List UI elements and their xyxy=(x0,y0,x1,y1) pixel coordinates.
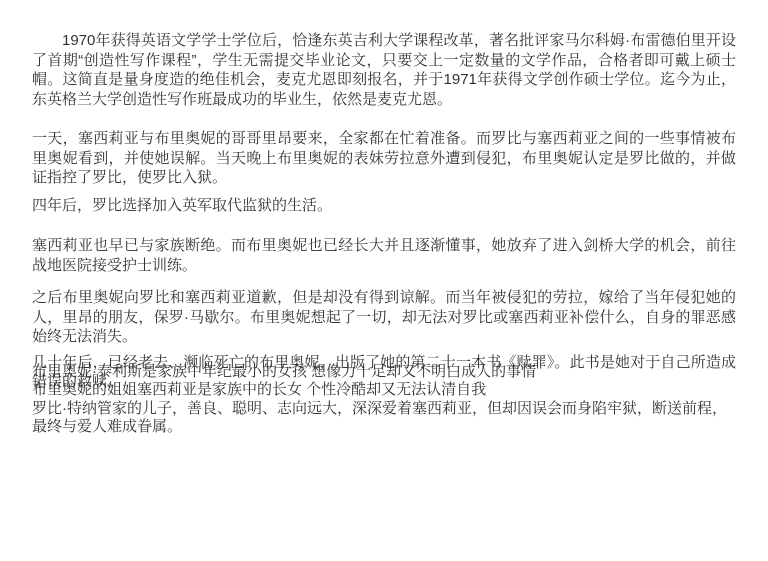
paragraph-plot-incident: 一天，塞西莉亚与布里奥妮的哥哥里昂要来，全家都在忙着准备。而罗比与塞西莉亚之间的… xyxy=(32,129,736,188)
paragraph-plot-cecilia-briony: 塞西莉亚也早已与家族断绝。而布里奥妮也已经长大并且逐渐懂事，她放弃了进入剑桥大学… xyxy=(32,236,736,275)
page-background: 1970年获得英语文学学士学位后，恰逢东英吉利大学课程改革，著名批评家马尔科姆·… xyxy=(0,0,768,561)
paragraph-author-bio: 1970年获得英语文学学士学位后，恰逢东英吉利大学课程改革，著名批评家马尔科姆·… xyxy=(32,31,736,109)
character-note-cecilia: 布里奥妮的姐姐塞西莉亚是家族中的长女 个性冷酷却又无法认清自我 xyxy=(32,381,736,399)
paragraph-plot-four-years-later: 四年后，罗比选择加入英军取代监狱的生活。 xyxy=(32,196,736,216)
paragraph-plot-apology: 之后布里奥妮向罗比和塞西莉亚道歉，但是却没有得到谅解。而当年被侵犯的劳拉，嫁给了… xyxy=(32,288,736,347)
character-note-robbie: 罗比·特纳管家的儿子，善良、聪明、志向远大，深深爱着塞西莉亚，但却因误会而身陷牢… xyxy=(32,400,736,437)
article-body: 1970年获得英语文学学士学位后，恰逢东英吉利大学课程改革，著名批评家马尔科姆·… xyxy=(32,31,736,392)
character-notes-overlay: 布里奥妮·泰利斯是家族中年纪最小的女孩 想像力十足却又不明白成人的事情 布里奥妮… xyxy=(32,363,736,436)
character-note-briony: 布里奥妮·泰利斯是家族中年纪最小的女孩 想像力十足却又不明白成人的事情 xyxy=(32,363,736,381)
